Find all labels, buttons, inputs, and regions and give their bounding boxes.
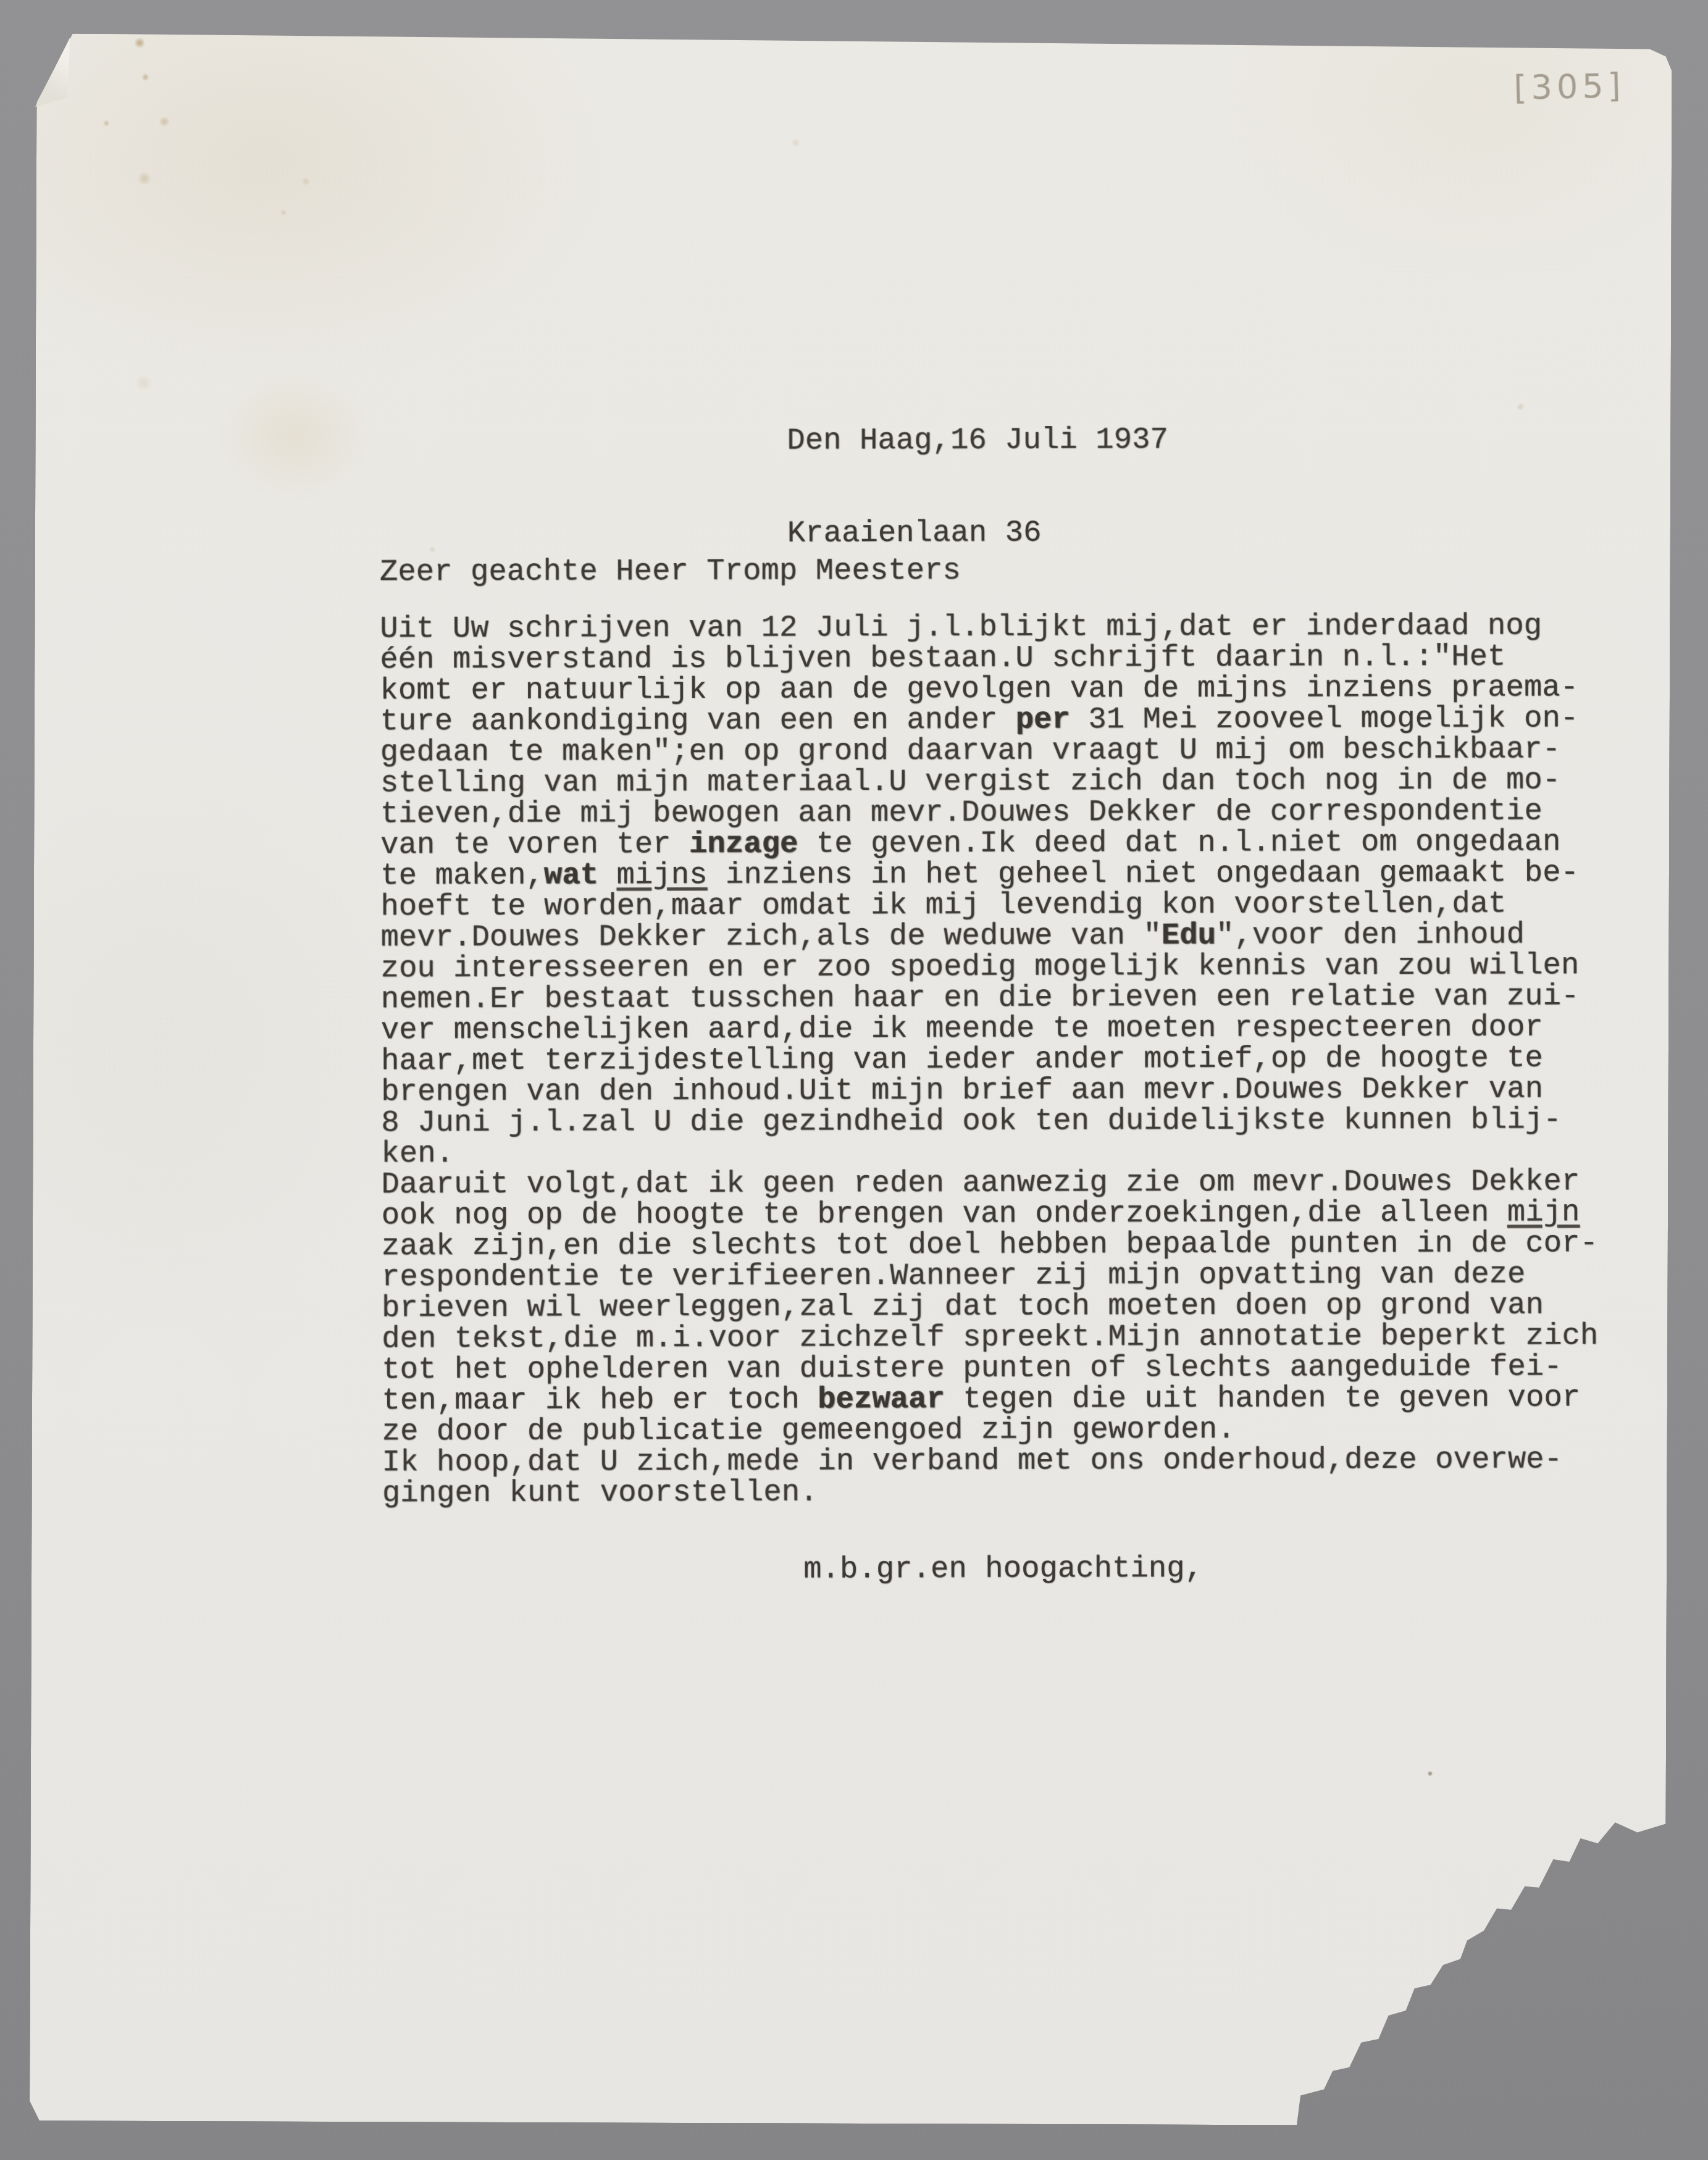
text-segment: Ik hoop,dat U zich,mede in verband met o… bbox=[382, 1442, 1562, 1480]
closing: m.b.gr.en hoogachting, bbox=[803, 1553, 1203, 1585]
text-segment: ken. bbox=[381, 1136, 454, 1171]
overstruck-word: per bbox=[1016, 702, 1070, 737]
heading-address: Kraaienlaan 36 bbox=[787, 517, 1169, 549]
text-segment: te maken, bbox=[380, 858, 544, 894]
letter-paper: [305] Den Haag,16 Juli 1937 Kraaienlaan … bbox=[30, 33, 1672, 2126]
text-segment: van te voren ter bbox=[380, 827, 689, 862]
underlined-word: mijn bbox=[1507, 1195, 1580, 1229]
overstruck-word: Edu bbox=[1162, 918, 1216, 953]
text-segment: ten,maar ik heb er toch bbox=[382, 1382, 818, 1418]
underlined-word: mijns bbox=[616, 858, 707, 892]
letter-line: gingen kunt voorstellen. bbox=[382, 1475, 1599, 1509]
letter-line: 8 Juni j.l.zal U die gezindheid ook ten … bbox=[381, 1104, 1597, 1138]
overstruck-word: bezwaar bbox=[818, 1382, 945, 1417]
letter-text-layer: Den Haag,16 Juli 1937 Kraaienlaan 36 Zee… bbox=[31, 31, 1672, 2123]
text-segment: tegen die uit handen te geven voor bbox=[945, 1380, 1580, 1417]
overstruck-word: inzage bbox=[689, 826, 798, 861]
letter-line: ten,maar ik heb er toch bezwaar tegen di… bbox=[382, 1382, 1598, 1416]
text-segment: ",voor den inhoud bbox=[1216, 917, 1525, 952]
text-segment: gingen kunt voorstellen. bbox=[382, 1475, 818, 1510]
letter-body: Uit Uw schrijven van 12 Juli j.l.blijkt … bbox=[380, 610, 1599, 1509]
scan-background: [305] Den Haag,16 Juli 1937 Kraaienlaan … bbox=[0, 0, 1708, 2160]
folded-corner bbox=[35, 38, 71, 107]
letter-line: Ik hoop,dat U zich,mede in verband met o… bbox=[382, 1444, 1599, 1478]
text-segment: 8 Juni j.l.zal U die gezindheid ook ten … bbox=[381, 1102, 1561, 1140]
heading-place-date: Den Haag,16 Juli 1937 bbox=[787, 424, 1168, 456]
salutation: Zeer geachte Heer Tromp Meesters bbox=[380, 555, 961, 587]
text-segment bbox=[598, 858, 617, 892]
overstruck-word: wat bbox=[544, 858, 598, 892]
